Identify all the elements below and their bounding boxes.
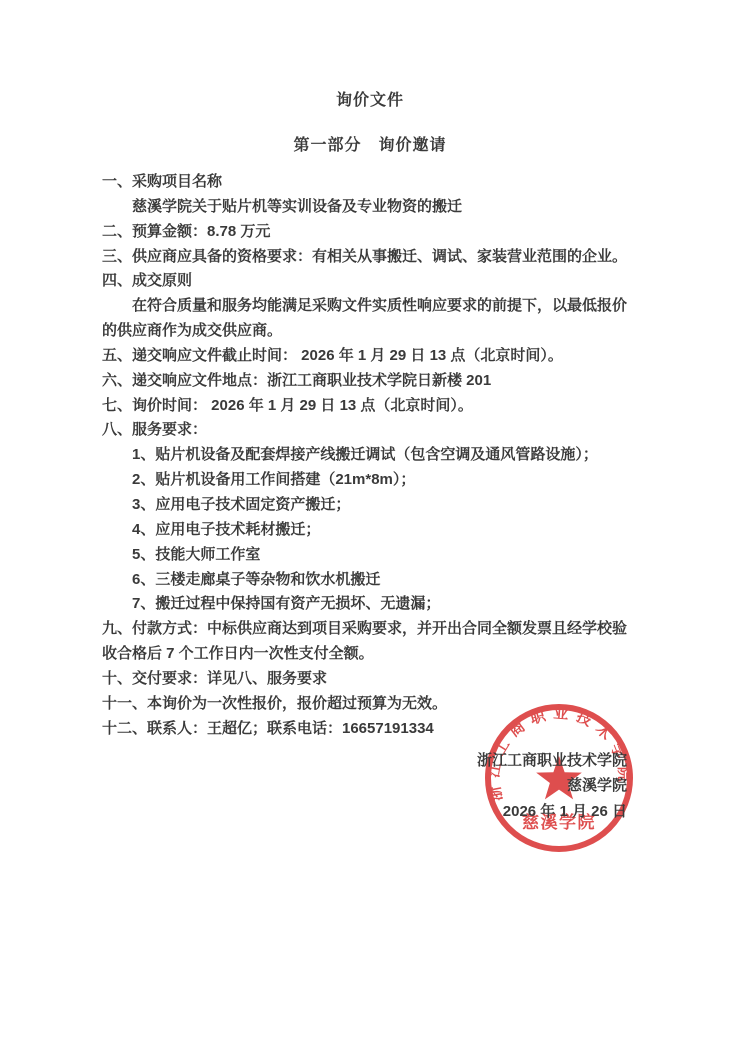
signature-org: 浙江工商职业技术学院 [477,748,627,773]
doc-line-service-item-1: 1、贴片机设备及配套焊接产线搬迁调试（包含空调及通风管路设施）； [102,443,638,468]
doc-line-award-principle-body1: 在符合质量和服务均能满足采购文件实质性响应要求的前提下，以最低报价 [102,294,638,319]
part-heading: 第一部分 询价邀请 [102,133,638,158]
doc-line-service-requirements: 八、服务要求： [102,418,638,443]
signature-date: 2026 年 1 月 26 日 [477,799,627,824]
doc-line-section-1: 一、采购项目名称 [102,170,638,195]
document-body: 询价文件 第一部分 询价邀请 一、采购项目名称 慈溪学院关于贴片机等实训设备及专… [102,88,638,741]
doc-line-service-item-3: 3、应用电子技术固定资产搬迁； [102,493,638,518]
signature-block: 浙江工商职业技术学院 慈溪学院 2026 年 1 月 26 日 [477,748,627,824]
doc-line-submission-place: 六、递交响应文件地点：浙江工商职业技术学院日新楼 201 [102,369,638,394]
doc-line-inquiry-time: 七、询价时间： 2026 年 1 月 29 日 13 点（北京时间）。 [102,394,638,419]
document-title: 询价文件 [102,88,638,113]
doc-line-payment-2: 收合格后 7 个工作日内一次性支付全额。 [102,642,638,667]
signature-branch: 慈溪学院 [477,773,627,798]
doc-line-payment-1: 九、付款方式：中标供应商达到项目采购要求，并开出合同全额发票且经学校验 [102,617,638,642]
doc-line-deadline: 五、递交响应文件截止时间： 2026 年 1 月 29 日 13 点（北京时间）… [102,344,638,369]
doc-line-service-item-2: 2、贴片机设备用工作间搭建（21m*8m）； [102,468,638,493]
doc-line-award-principle: 四、成交原则 [102,269,638,294]
doc-line-award-principle-body2: 的供应商作为成交供应商。 [102,319,638,344]
doc-line-qualification: 三、供应商应具备的资格要求：有相关从事搬迁、调试、家装营业范围的企业。 [102,245,638,270]
document-page: 询价文件 第一部分 询价邀请 一、采购项目名称 慈溪学院关于贴片机等实训设备及专… [0,0,738,1045]
doc-line-budget: 二、预算金额：8.78 万元 [102,220,638,245]
doc-line-service-item-4: 4、应用电子技术耗材搬迁； [102,518,638,543]
doc-line-service-item-6: 6、三楼走廊桌子等杂物和饮水机搬迁 [102,568,638,593]
doc-line-project-name: 慈溪学院关于贴片机等实训设备及专业物资的搬迁 [102,195,638,220]
doc-line-delivery: 十、交付要求：详见八、服务要求 [102,667,638,692]
doc-line-service-item-7: 7、搬迁过程中保持国有资产无损坏、无遗漏； [102,592,638,617]
doc-line-service-item-5: 5、技能大师工作室 [102,543,638,568]
